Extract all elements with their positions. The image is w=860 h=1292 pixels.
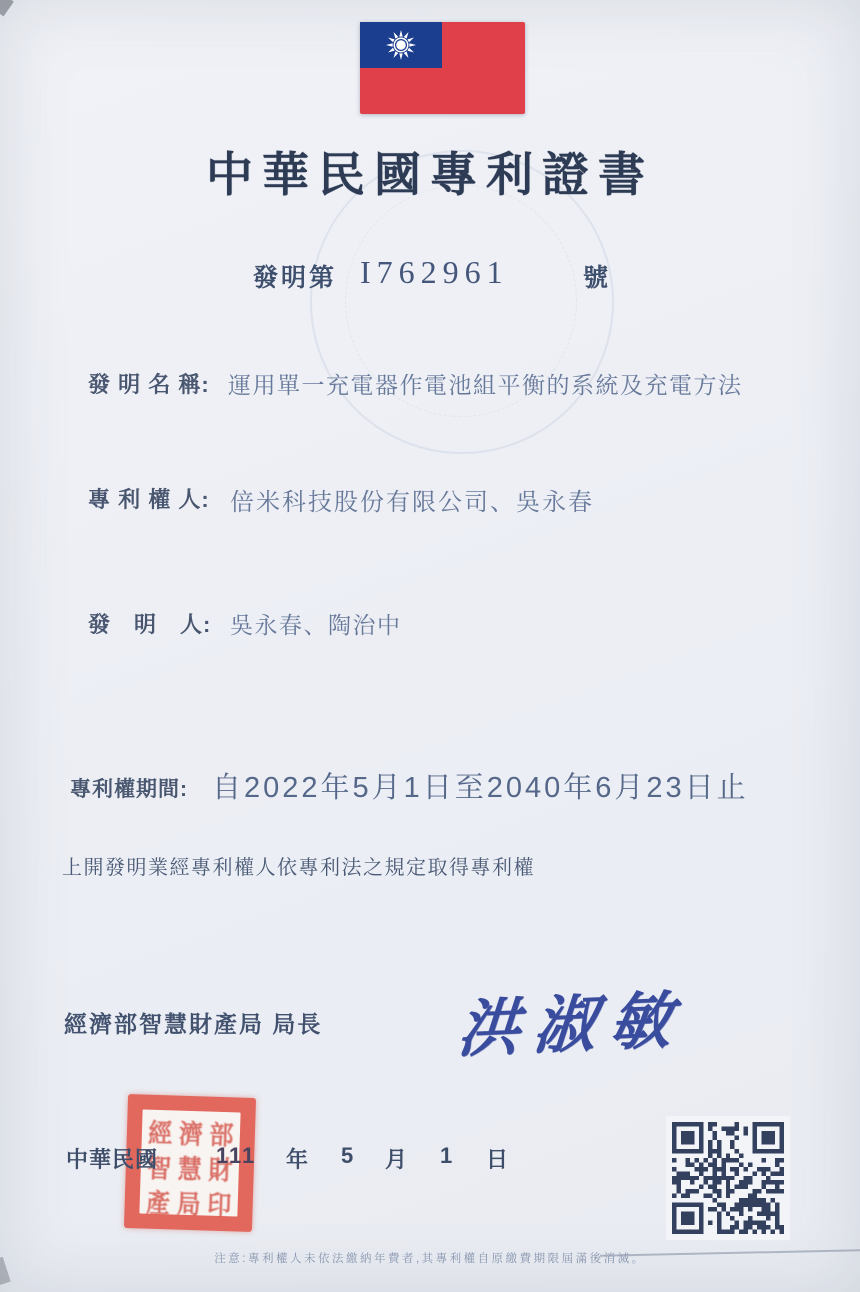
- seal-character: 印: [207, 1183, 232, 1222]
- seal-character: 濟: [178, 1112, 203, 1151]
- footer-renewal-notice: 注意:專利權人未依法繳納年費者,其專利權自原繳費期限屆滿後消滅。: [0, 1250, 860, 1266]
- scan-smudge-top-left: [0, 0, 14, 16]
- issuer-title: 經濟部智慧財產局 局長: [64, 1006, 322, 1039]
- date-month: 5: [341, 1143, 355, 1169]
- date-year-unit: 年: [286, 1143, 310, 1174]
- patent-term-label: 專利權期間:: [70, 773, 188, 803]
- white-sun-icon: [360, 22, 442, 68]
- director-general-signature: 洪淑敏: [455, 970, 690, 1069]
- patent-number-suffix: 號: [583, 258, 608, 294]
- patent-number-prefix: 發明第: [253, 258, 337, 294]
- invention-name-label: 發 明 名 稱:: [88, 368, 210, 399]
- date-year: 111: [216, 1143, 256, 1169]
- patentee-value: 倍米科技股份有限公司、吳永春: [230, 482, 594, 517]
- patent-number-value: I762961: [360, 254, 509, 291]
- seal-character: 局: [176, 1182, 201, 1221]
- qr-code: [666, 1116, 790, 1240]
- date-era: 中華民國: [66, 1143, 158, 1174]
- certificate-title: 中華民國專利證書: [0, 138, 860, 205]
- seal-character: 慧: [177, 1147, 202, 1186]
- patent-number-row: 發明第 I762961 號: [0, 254, 860, 294]
- inventor-value: 吳永春、陶治中: [230, 607, 402, 640]
- date-day-unit: 日: [486, 1143, 510, 1174]
- taiwan-flag: [360, 22, 525, 114]
- inventor-label: 發 明 人:: [88, 608, 211, 639]
- flag-blue-canton: [360, 22, 442, 68]
- seal-character: 產: [146, 1181, 171, 1220]
- patent-term-value: 自2022年5月1日至2040年6月23日止: [212, 765, 749, 806]
- patentee-label: 專 利 權 人:: [88, 483, 210, 514]
- invention-name-value: 運用單一充電器作電池組平衡的系統及充電方法: [228, 367, 743, 400]
- date-month-unit: 月: [385, 1143, 409, 1174]
- patent-certificate-page: 中華民國專利證書 發明第 I762961 號 發 明 名 稱: 運用單一充電器作…: [0, 0, 860, 1292]
- qr-code-image: [672, 1122, 784, 1234]
- grant-statement: 上開發明業經專利權人依專利法之規定取得專利權: [62, 851, 535, 880]
- date-day: 1: [440, 1143, 454, 1169]
